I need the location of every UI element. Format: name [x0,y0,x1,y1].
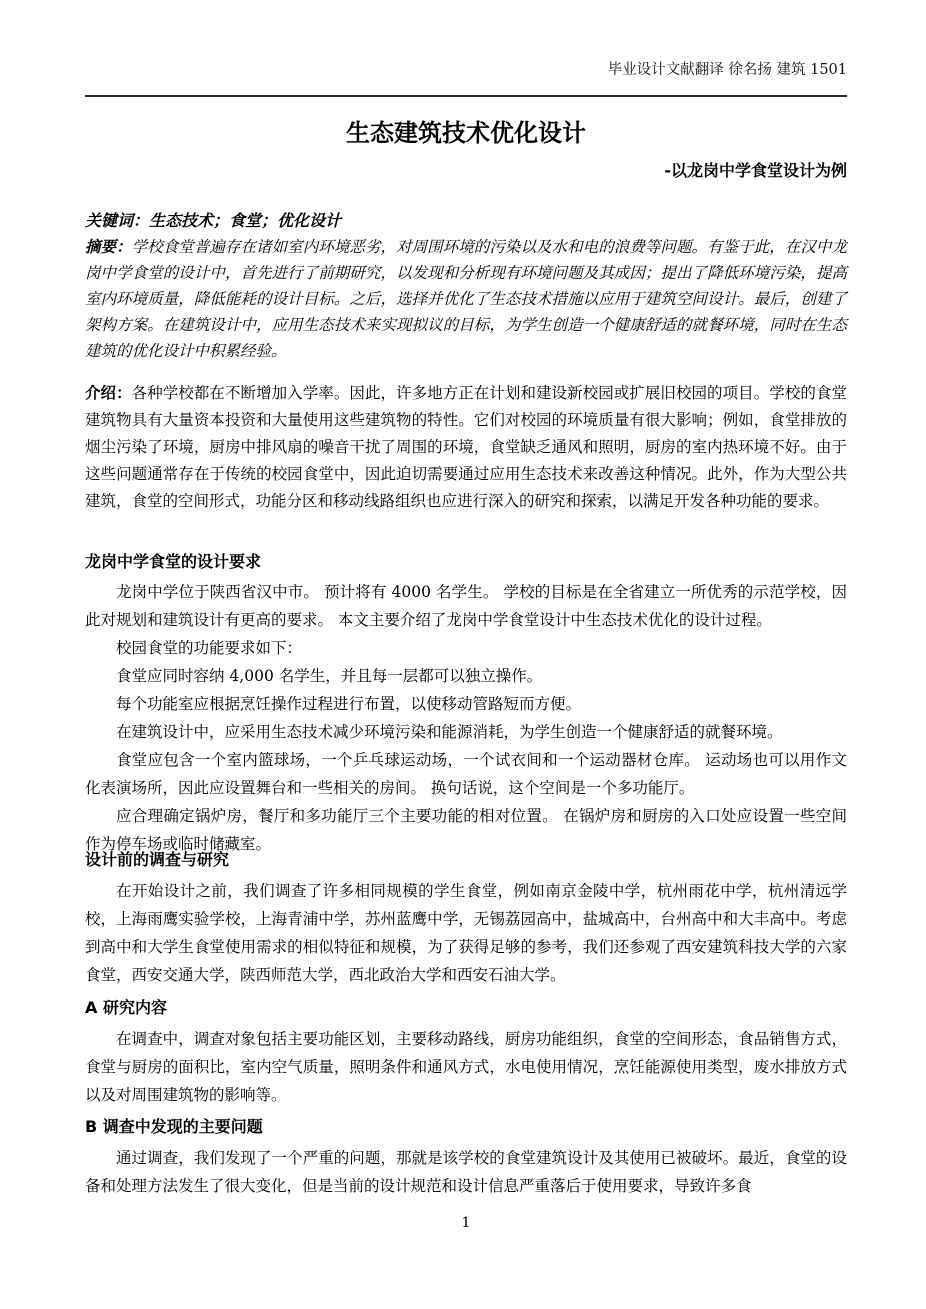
section-heading-research-content: A 研究内容 [85,997,847,1019]
section-body-main-problems: 通过调查，我们发现了一个严重的问题，那就是该学校的食堂建筑设计及其使用已被破坏。… [85,1144,847,1200]
paragraph: 食堂应包含一个室内篮球场，一个乒乓球运动场，一个试衣间和一个运动器材仓库。 运动… [85,746,847,802]
keywords-label: 关键词： [85,211,149,230]
abstract-paragraph: 摘要：学校食堂普遍存在诸如室内环境恶劣，对周围环境的污染以及水和电的浪费等问题。… [85,234,847,364]
running-header: 毕业设计文献翻译 徐名扬 建筑 1501 [85,60,847,80]
document-page: 毕业设计文献翻译 徐名扬 建筑 1501 生态建筑技术优化设计 -以龙岗中学食堂… [0,0,926,1309]
section-heading-design-requirements: 龙岗中学食堂的设计要求 [85,551,847,573]
header-rule [85,95,847,97]
intro-block: 介绍：各种学校都在不断增加入学率。因此，许多地方正在计划和建设新校园或扩展旧校园… [85,379,847,515]
paragraph: 在开始设计之前，我们调查了许多相同规模的学生食堂，例如南京金陵中学，杭州雨花中学… [85,877,847,989]
paragraph: 龙岗中学位于陕西省汉中市。 预计将有 4000 名学生。 学校的目标是在全省建立… [85,578,847,634]
intro-text: 各种学校都在不断增加入学率。因此，许多地方正在计划和建设新校园或扩展旧校园的项目… [85,384,847,510]
intro-label: 介绍： [85,383,132,402]
paragraph: 校园食堂的功能要求如下： [85,634,847,662]
abstract-label: 摘要： [85,237,132,256]
paragraph: 每个功能室应根据烹饪操作过程进行布置，以使移动管路短而方便。 [85,690,847,718]
section-body-survey: 在开始设计之前，我们调查了许多相同规模的学生食堂，例如南京金陵中学，杭州雨花中学… [85,877,847,989]
intro-paragraph: 介绍：各种学校都在不断增加入学率。因此，许多地方正在计划和建设新校园或扩展旧校园… [85,379,847,515]
section-heading-survey: 设计前的调查与研究 [85,849,847,871]
abstract-text: 学校食堂普遍存在诸如室内环境恶劣，对周围环境的污染以及水和电的浪费等问题。有鉴于… [85,238,847,360]
paragraph: 在建筑设计中，应采用生态技术减少环境污染和能源消耗，为学生创造一个健康舒适的就餐… [85,718,847,746]
keywords-line: 关键词：生态技术；食堂；优化设计 [85,208,847,233]
paragraph: 通过调查，我们发现了一个严重的问题，那就是该学校的食堂建筑设计及其使用已被破坏。… [85,1144,847,1200]
paragraph: 在调查中，调查对象包括主要功能区划，主要移动路线，厨房功能组织，食堂的空间形态，… [85,1025,847,1109]
section-body-design-requirements: 龙岗中学位于陕西省汉中市。 预计将有 4000 名学生。 学校的目标是在全省建立… [85,578,847,858]
page-title: 生态建筑技术优化设计 [85,116,847,150]
section-body-research-content: 在调查中，调查对象包括主要功能区划，主要移动路线，厨房功能组织，食堂的空间形态，… [85,1025,847,1109]
page-number: 1 [85,1213,847,1233]
section-heading-main-problems: B 调查中发现的主要问题 [85,1116,847,1138]
page-subtitle: -以龙岗中学食堂设计为例 [85,160,847,182]
abstract-block: 摘要：学校食堂普遍存在诸如室内环境恶劣，对周围环境的污染以及水和电的浪费等问题。… [85,234,847,364]
keywords-text: 生态技术；食堂；优化设计 [149,211,341,230]
paragraph: 食堂应同时容纳 4,000 名学生，并且每一层都可以独立操作。 [85,662,847,690]
